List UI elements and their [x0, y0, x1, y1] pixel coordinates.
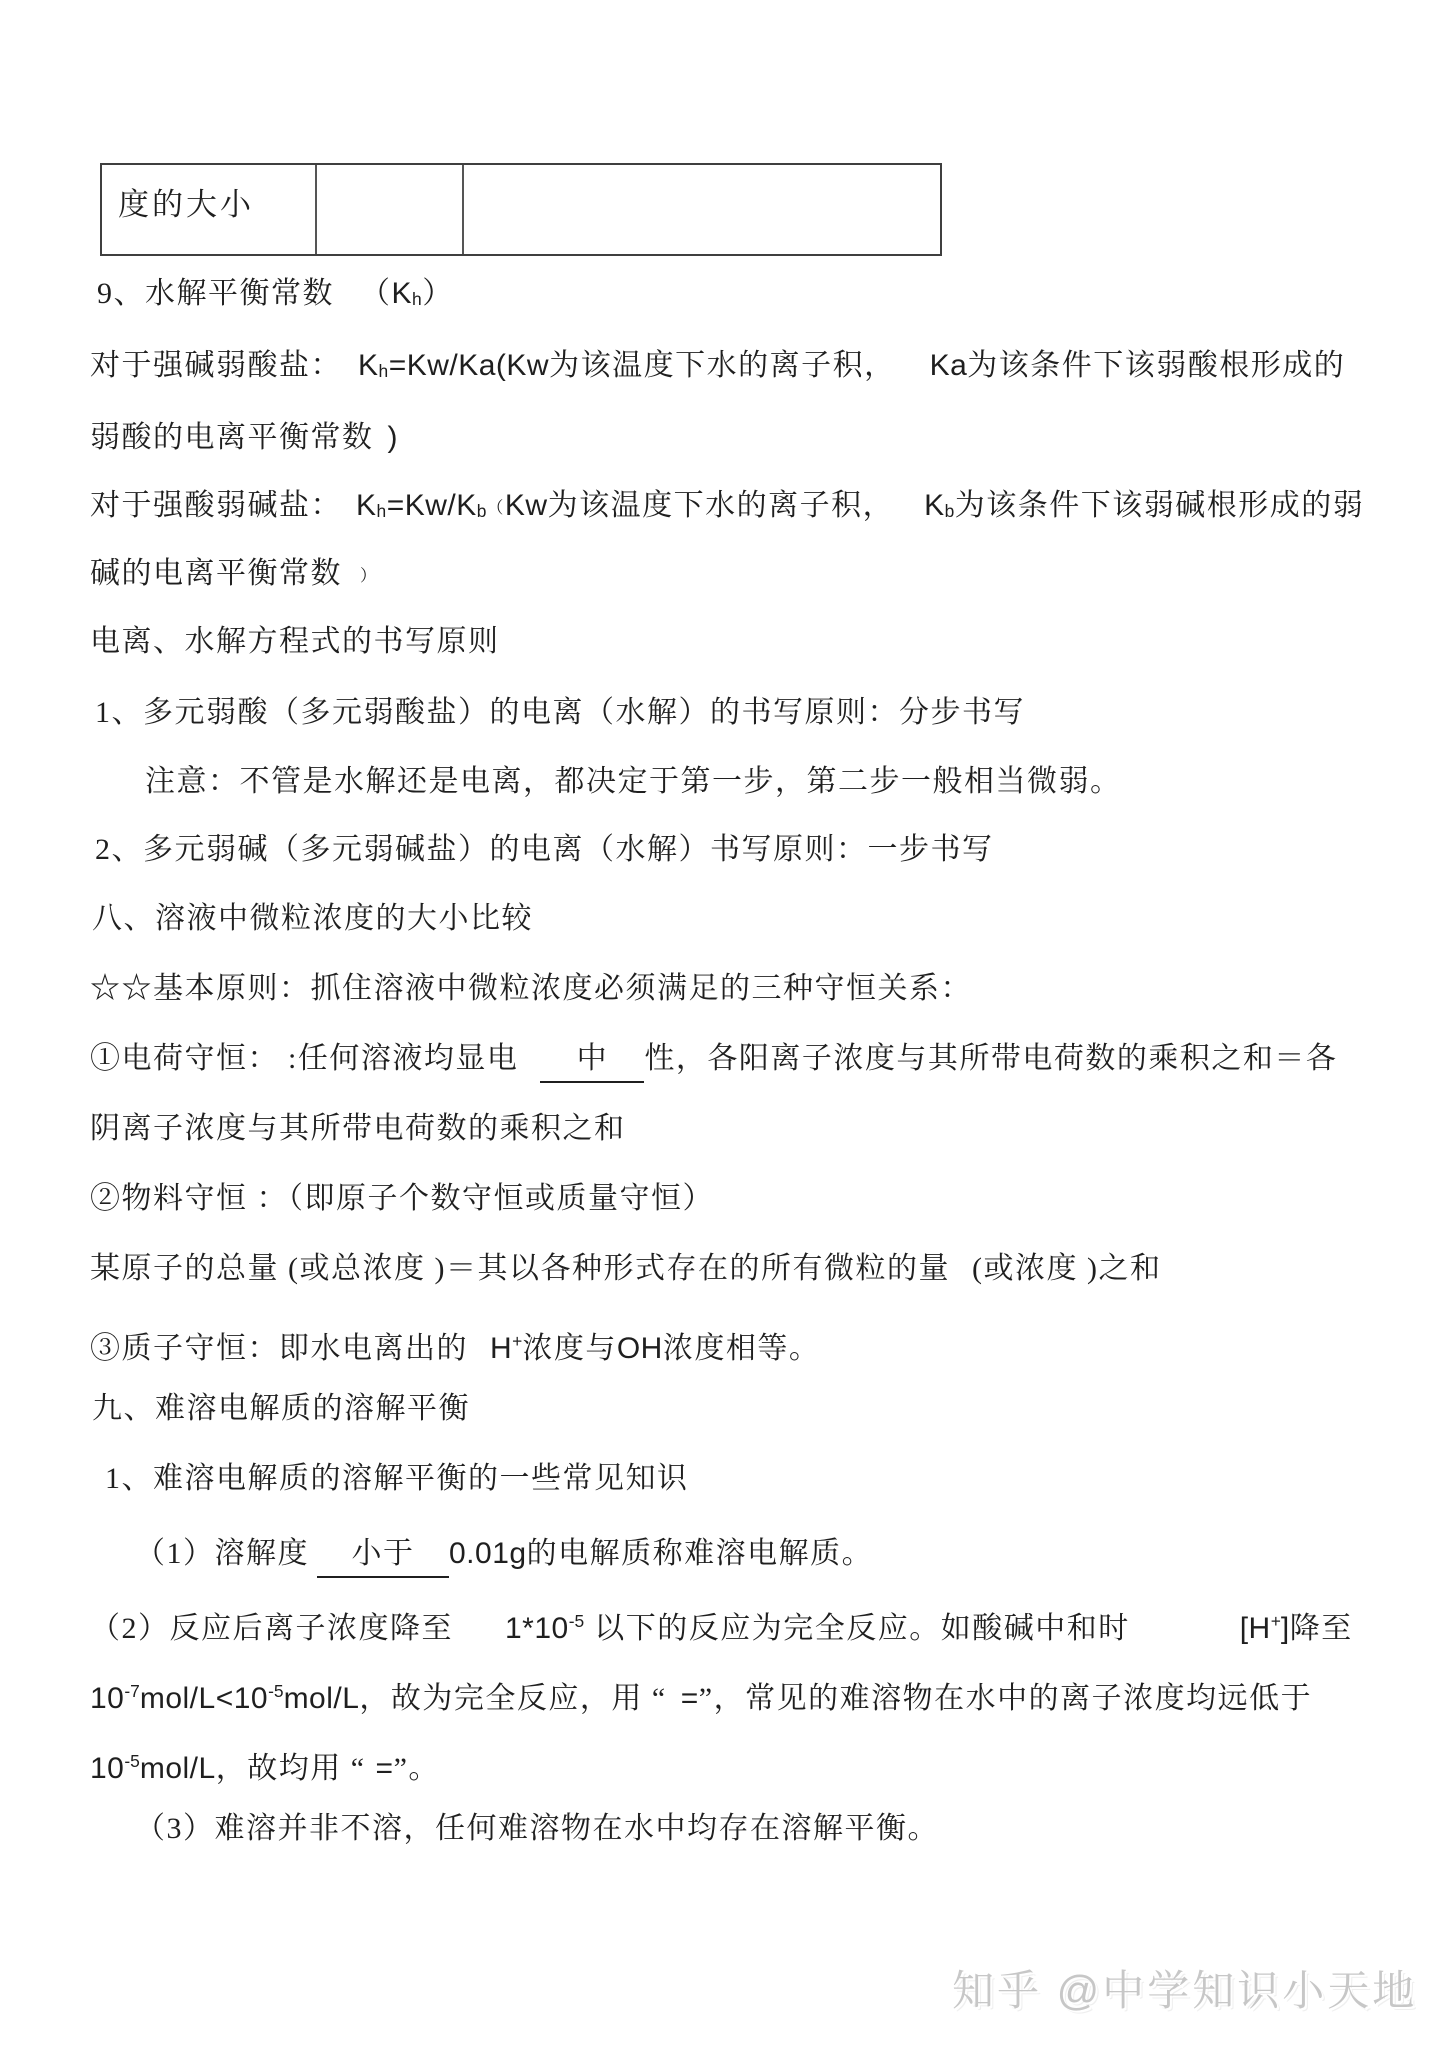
- superscript: +: [1271, 1599, 1281, 1643]
- spacer: [584, 1636, 594, 1638]
- superscript: +: [512, 1319, 522, 1363]
- text-line: 对于强碱弱酸盐：Kh =Kw/Ka(Kw 为该温度下水的离子积，Ka 为该条件下…: [90, 344, 1345, 388]
- text-segment-latin: =: [376, 1747, 394, 1791]
- text-segment: 电离、水解方程式的书写原则: [90, 620, 500, 664]
- spacer: [342, 373, 358, 375]
- superscript: -5: [569, 1599, 584, 1643]
- text-line: 10-7mol/L<10-5mol/L，故为完全反应，用 “=”，常见的难溶物在…: [90, 1669, 1312, 1713]
- subscript: b: [945, 489, 955, 533]
- text-line: 阴离子浓度与其所带电荷数的乘积之和: [90, 1107, 626, 1151]
- superscript: -5: [268, 1669, 283, 1713]
- text-segment: 为该温度下水的离子积，: [548, 484, 895, 528]
- table-cell: [462, 165, 940, 254]
- text-line: 1、难溶电解质的溶解平衡的一些常见知识: [105, 1457, 689, 1501]
- document-page: 度的大小 9、水解平衡常数（Kh）对于强碱弱酸盐：Kh =Kw/Ka(Kw 为该…: [0, 0, 1445, 2048]
- text-segment: 1、难溶电解质的溶解平衡的一些常见知识: [105, 1457, 689, 1501]
- text-segment-latin: mol/L: [284, 1677, 360, 1721]
- text-segment: 的电解质称难溶电解质。: [527, 1532, 874, 1576]
- text-segment: 性，各阳离子浓度与其所带电荷数的乘积之和＝各: [644, 1037, 1337, 1081]
- text-segment-latin: K: [924, 484, 945, 528]
- text-segment: 注意：不管是水解还是电离，都决定于第一步，第二步一般相当微弱。: [145, 760, 1122, 804]
- text-segment-latin: Ka: [930, 344, 968, 388]
- text-segment-latin: =: [681, 1677, 699, 1721]
- spacer: [896, 373, 930, 375]
- spacer: [366, 1776, 376, 1778]
- text-line: 对于强酸弱碱盐：Kh =Kw/Kb（Kw 为该温度下水的离子积，Kb 为该条件下…: [90, 484, 1364, 528]
- text-line: 注意：不管是水解还是电离，都决定于第一步，第二步一般相当微弱。: [145, 760, 1122, 804]
- text-segment: 某原子的总量 (或总浓度 )＝其以各种形式存在的所有微粒的量: [90, 1247, 950, 1291]
- text-line: ☆☆基本原则：抓住溶液中微粒浓度必须满足的三种守恒关系：: [90, 967, 972, 1011]
- text-segment: （1）溶解度: [135, 1532, 309, 1576]
- text-segment-latin: K: [356, 484, 377, 528]
- text-segment: ☆☆基本原则：抓住溶液中微粒浓度必须满足的三种守恒关系：: [90, 967, 972, 1011]
- text-segment-latin: 10: [90, 1747, 124, 1791]
- table-cell: [315, 165, 462, 254]
- spacer: [453, 1636, 505, 1638]
- text-line: 碱的电离平衡常数）: [90, 552, 378, 596]
- watermark: 知乎 @中学知识小天地: [952, 1958, 1417, 2018]
- text-segment-latin: mol/L: [140, 1747, 216, 1791]
- text-line: 八、溶液中微粒浓度的大小比较: [92, 897, 533, 941]
- superscript: -5: [124, 1739, 139, 1783]
- subscript: h: [377, 489, 387, 533]
- text-segment: 以下的反应为完全反应。如酸碱中和时: [594, 1607, 1130, 1651]
- text-segment: 2、多元弱碱（多元弱碱盐）的电离（水解）书写原则：一步书写: [95, 828, 994, 872]
- text-segment-latin: [H: [1240, 1607, 1271, 1651]
- text-segment-latin: 0.01g: [449, 1532, 527, 1576]
- spacer: [334, 301, 360, 303]
- text-segment: 对于强酸弱碱盐：: [90, 484, 342, 528]
- small-paren: （: [487, 486, 505, 530]
- text-segment: 对于强碱弱酸盐：: [90, 344, 342, 388]
- text-segment-latin: OH: [617, 1327, 663, 1371]
- spacer: [667, 1706, 681, 1708]
- text-segment: ③质子守恒：即水电离出的: [90, 1327, 468, 1371]
- text-line: 电离、水解方程式的书写原则: [90, 620, 500, 664]
- spacer: [468, 1356, 490, 1358]
- text-segment-latin: 1*10: [505, 1607, 569, 1651]
- underlined-blank: 小于: [317, 1532, 449, 1578]
- spacer: [894, 513, 924, 515]
- text-line: 九、难溶电解质的溶解平衡: [92, 1387, 470, 1431]
- text-segment: ①电荷守恒： :任何溶液均显电: [90, 1037, 518, 1081]
- text-segment: 浓度相等。: [663, 1327, 821, 1371]
- text-line: 9、水解平衡常数（Kh）: [97, 272, 454, 316]
- underlined-blank: 中: [540, 1037, 644, 1083]
- text-segment-latin: ): [388, 416, 399, 460]
- text-segment: 阴离子浓度与其所带电荷数的乘积之和: [90, 1107, 626, 1151]
- text-line: 某原子的总量 (或总浓度 )＝其以各种形式存在的所有微粒的量(或浓度 )之和: [90, 1247, 1161, 1291]
- spacer: [950, 1276, 972, 1278]
- subscript: b: [477, 489, 487, 533]
- text-line: 1、多元弱酸（多元弱酸盐）的电离（水解）的书写原则：分步书写: [95, 691, 1025, 735]
- text-segment: 为该条件下该弱酸根形成的: [967, 344, 1345, 388]
- text-segment-latin: mol/L<10: [140, 1677, 268, 1721]
- text-segment: ，故均用 “: [216, 1747, 366, 1791]
- superscript: -7: [124, 1669, 139, 1713]
- spacer: [1130, 1636, 1240, 1638]
- text-segment: 9、水解平衡常数: [97, 272, 334, 316]
- table-cell: 度的大小: [102, 165, 315, 254]
- table-fragment: 度的大小: [100, 163, 942, 256]
- text-line: ③质子守恒：即水电离出的H+浓度与 OH浓度相等。: [90, 1319, 820, 1363]
- text-segment: ”，常见的难溶物在水中的离子浓度均远低于: [699, 1677, 1312, 1721]
- text-segment-latin: =Kw/K: [387, 484, 477, 528]
- text-line: （1）溶解度小于0.01g 的电解质称难溶电解质。: [135, 1532, 873, 1576]
- text-line: （2）反应后离子浓度降至1*10-5以下的反应为完全反应。如酸碱中和时[H+] …: [90, 1599, 1353, 1643]
- text-line: 弱酸的电离平衡常数): [90, 416, 398, 460]
- text-segment: 1、多元弱酸（多元弱酸盐）的电离（水解）的书写原则：分步书写: [95, 691, 1025, 735]
- text-segment-latin: Kw: [505, 484, 548, 528]
- text-segment: 碱的电离平衡常数: [90, 552, 342, 596]
- spacer: [374, 445, 388, 447]
- text-segment: （: [360, 272, 392, 316]
- spacer: [309, 1561, 317, 1563]
- text-line: ①电荷守恒： :任何溶液均显电中性，各阳离子浓度与其所带电荷数的乘积之和＝各: [90, 1037, 1337, 1081]
- text-segment-latin: H: [490, 1327, 512, 1371]
- text-segment: (或浓度 )之和: [972, 1247, 1161, 1291]
- text-segment: （3）难溶并非不溶，任何难溶物在水中均存在溶解平衡。: [135, 1807, 939, 1851]
- text-segment-latin: K: [358, 344, 379, 388]
- spacer: [342, 513, 356, 515]
- text-segment: ”。: [394, 1747, 440, 1791]
- text-segment: 弱酸的电离平衡常数: [90, 416, 374, 460]
- text-segment: ②物料守恒 ：（即原子个数守恒或质量守恒）: [90, 1177, 714, 1221]
- text-segment: 为该温度下水的离子积，: [549, 344, 896, 388]
- text-line: 10-5mol/L，故均用 “=”。: [90, 1739, 440, 1783]
- text-segment-latin: 10: [90, 1677, 124, 1721]
- spacer: [342, 581, 360, 583]
- text-segment-latin: =Kw/Ka(Kw: [389, 344, 549, 388]
- text-segment: （2）反应后离子浓度降至: [90, 1607, 453, 1651]
- text-segment: ）: [422, 272, 454, 316]
- text-segment: 九、难溶电解质的溶解平衡: [92, 1387, 470, 1431]
- text-line: 2、多元弱碱（多元弱碱盐）的电离（水解）书写原则：一步书写: [95, 828, 994, 872]
- text-line: ②物料守恒 ：（即原子个数守恒或质量守恒）: [90, 1177, 714, 1221]
- subscript: h: [379, 349, 389, 393]
- text-segment: 八、溶液中微粒浓度的大小比较: [92, 897, 533, 941]
- text-segment: 浓度与: [522, 1327, 617, 1371]
- text-segment: 降至: [1290, 1607, 1353, 1651]
- spacer: [518, 1066, 540, 1068]
- text-segment: 为该条件下该弱碱根形成的弱: [955, 484, 1365, 528]
- text-segment: ，故为完全反应，用 “: [359, 1677, 666, 1721]
- text-segment-latin: ]: [1281, 1607, 1290, 1651]
- small-paren: ）: [360, 554, 378, 598]
- text-segment-latin: K: [392, 272, 413, 316]
- text-line: （3）难溶并非不溶，任何难溶物在水中均存在溶解平衡。: [135, 1807, 939, 1851]
- subscript: h: [412, 277, 422, 321]
